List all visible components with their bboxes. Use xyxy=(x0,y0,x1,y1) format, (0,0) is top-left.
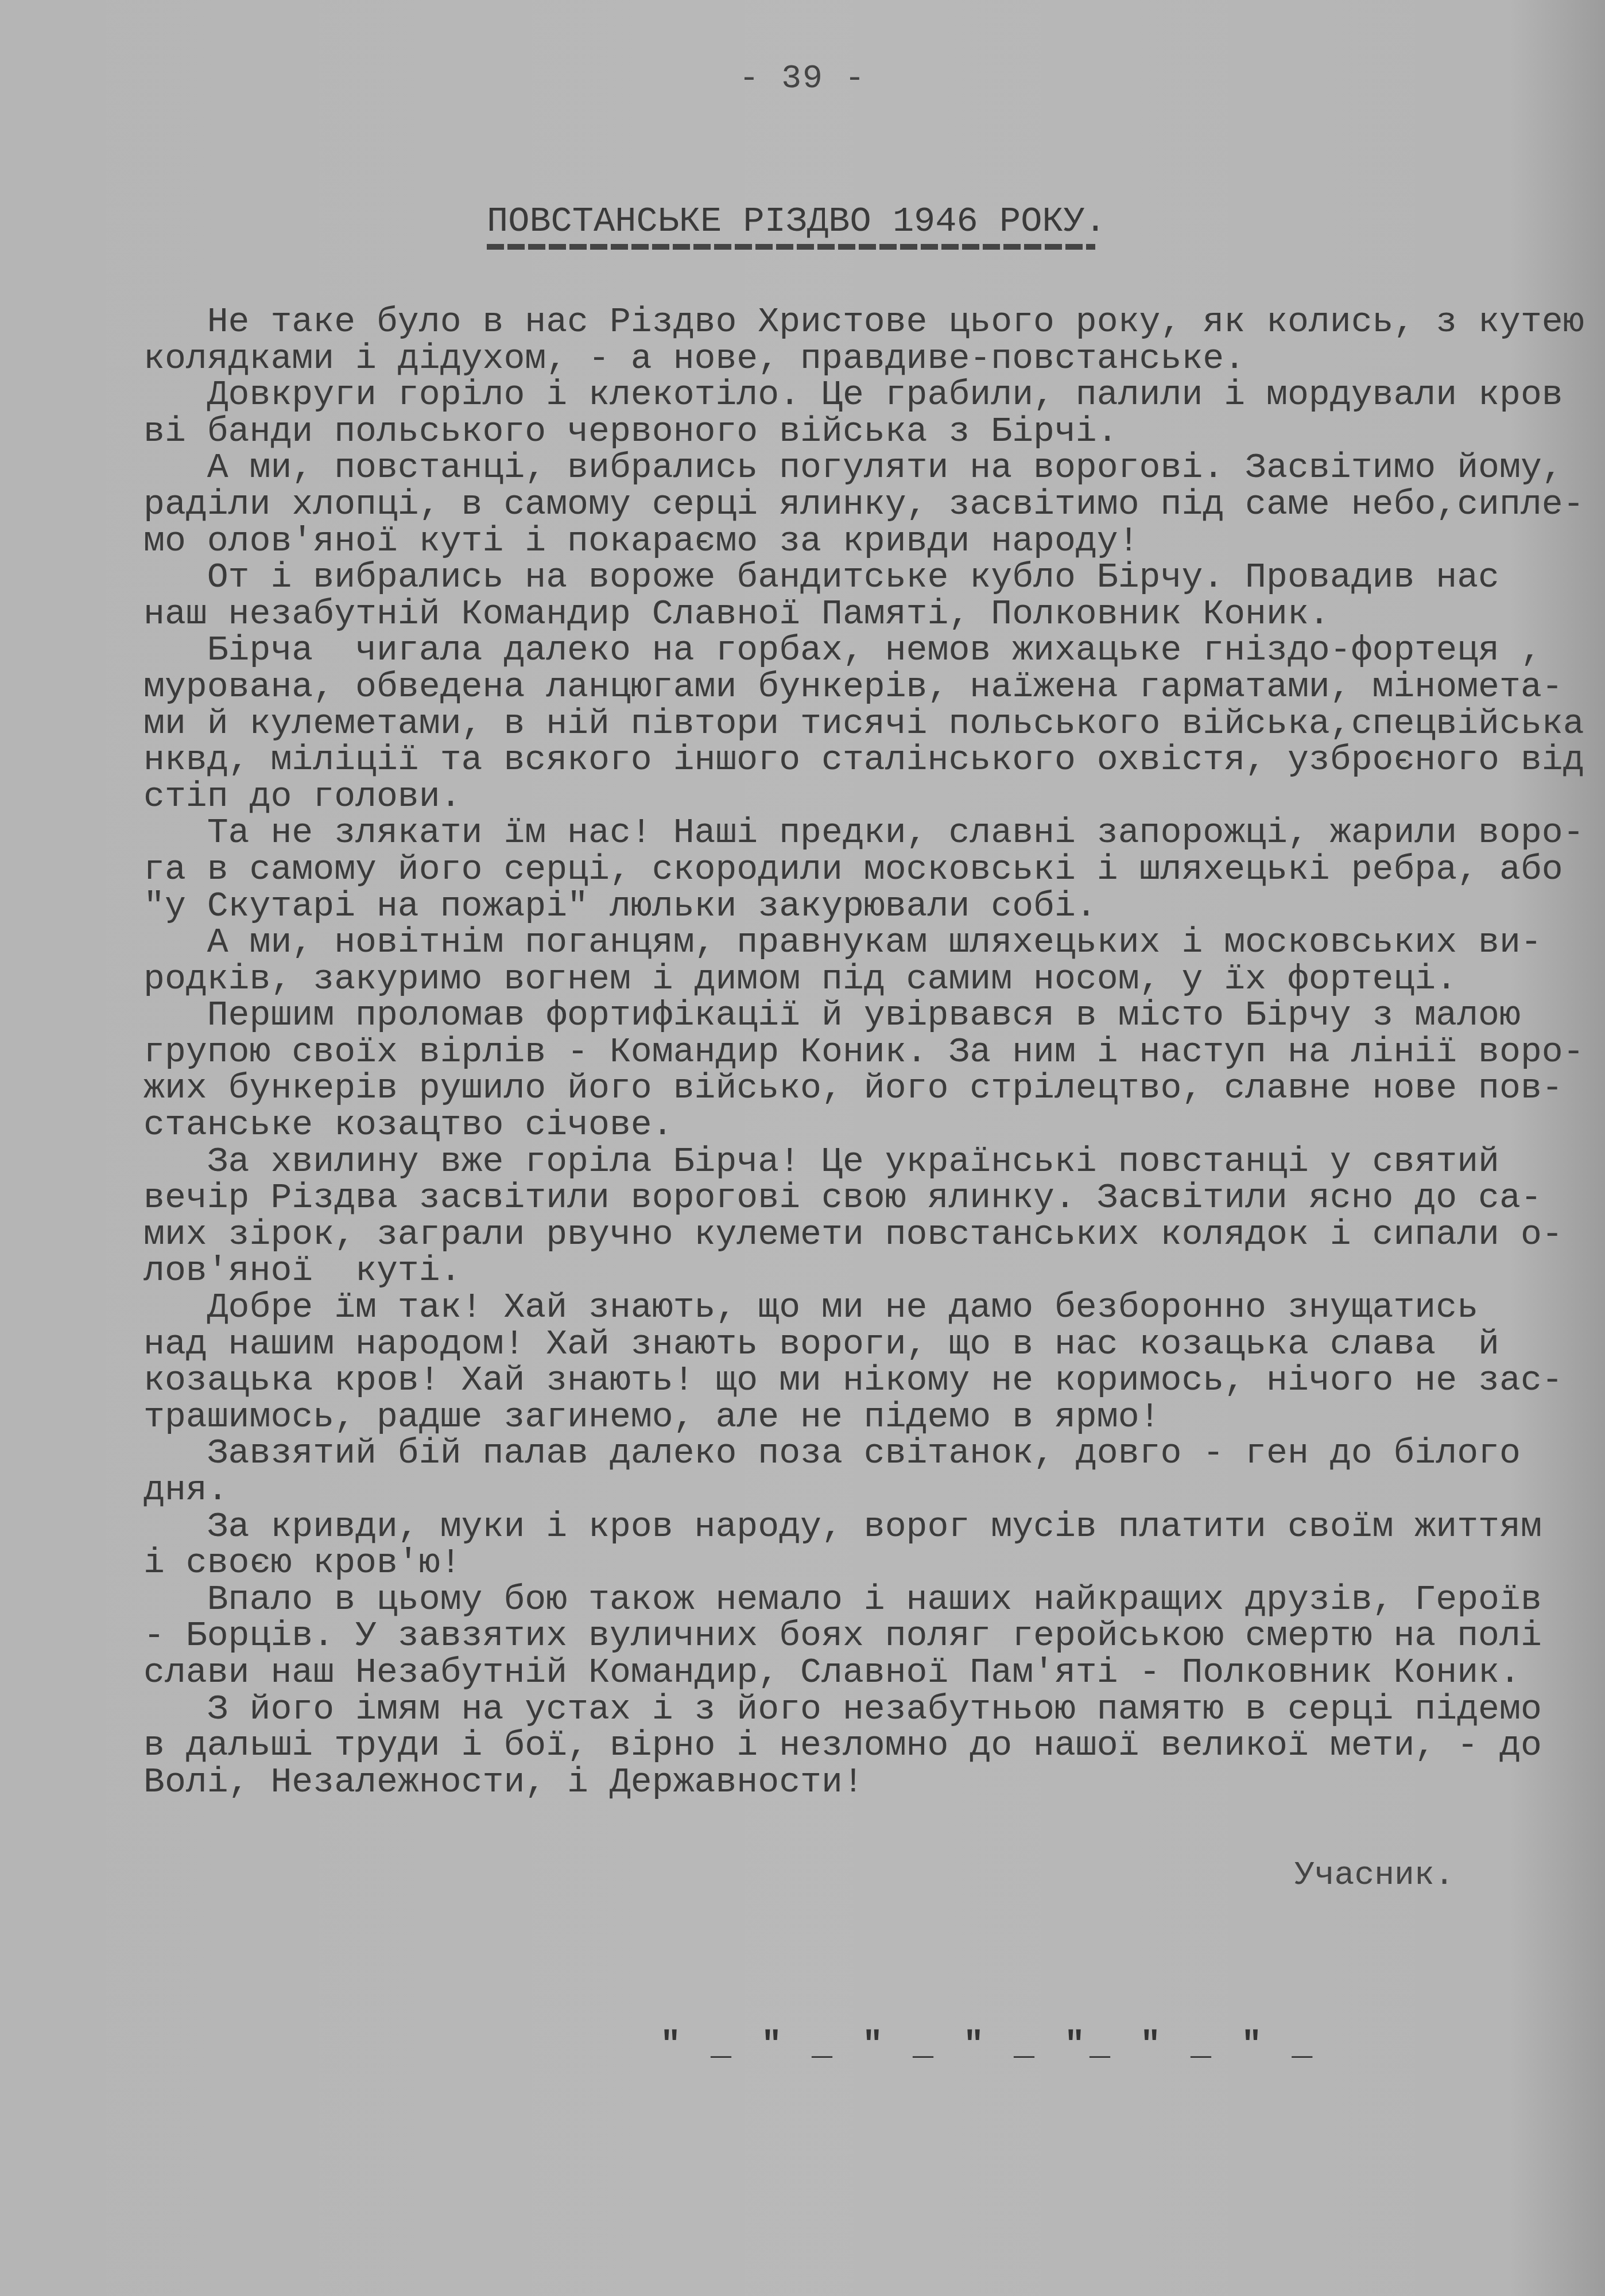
page-title: ПОВСТАНСЬКЕ РІЗДВО 1946 РОКУ. xyxy=(487,201,1130,242)
body-line: З його імям на устах і з його незабутньо… xyxy=(144,1692,1556,1728)
body-line: От і вибрались на вороже бандитське кубл… xyxy=(144,560,1556,596)
title-underline xyxy=(487,244,1095,250)
body-line: За хвилину вже горіла Бірча! Це українсь… xyxy=(144,1144,1556,1181)
body-line: слави наш Незабутній Командир, Славної П… xyxy=(144,1655,1556,1692)
end-ornament: " _ " _ " _ " _ "_ " _ " _ xyxy=(660,2026,1317,2065)
body-line: раділи хлопці, в самому серці ялинку, за… xyxy=(144,487,1556,523)
body-line: ві банди польського червоного війська з … xyxy=(144,414,1556,451)
body-line: станське козацтво січове. xyxy=(144,1107,1556,1144)
body-line: Та не злякати їм нас! Наші предки, славн… xyxy=(144,815,1556,852)
body-line: і своєю кров'ю! xyxy=(144,1545,1556,1582)
page-number: - 39 - xyxy=(0,60,1605,98)
body-line: вечір Різдва засвітили ворогові свою яли… xyxy=(144,1180,1556,1217)
body-line: Впало в цьому бою також немало і наших н… xyxy=(144,1582,1556,1619)
body-line: дня. xyxy=(144,1472,1556,1509)
body-line: над нашим народом! Хай знають вороги, що… xyxy=(144,1327,1556,1363)
body-line: стіп до голови. xyxy=(144,779,1556,816)
author-signature: Учасник. xyxy=(1294,1857,1454,1894)
body-line: Не таке було в нас Різдво Христове цього… xyxy=(144,304,1556,341)
body-line: мурована, обведена ланцюгами бункерів, н… xyxy=(144,669,1556,706)
body-line: А ми, повстанці, вибрались погуляти на в… xyxy=(144,450,1556,487)
body-line: нквд, міліції та всякого іншого сталінсь… xyxy=(144,742,1556,779)
body-line: колядками і дідухом, - а нове, правдиве-… xyxy=(144,341,1556,378)
title-block: ПОВСТАНСЬКЕ РІЗДВО 1946 РОКУ. xyxy=(487,201,1130,250)
body-line: А ми, новітнім поганцям, правнукам шляхе… xyxy=(144,925,1556,961)
body-line: Бірча чигала далеко на горбах, немов жих… xyxy=(144,633,1556,669)
body-line: "у Скутарі на пожарі" люльки закурювали … xyxy=(144,889,1556,925)
body-line: мо олов'яної куті і покараємо за кривди … xyxy=(144,523,1556,560)
body-line: групою своїх вірлів - Командир Коник. За… xyxy=(144,1034,1556,1071)
body-line: мих зірок, заграли рвучно кулемети повст… xyxy=(144,1217,1556,1254)
body-line: козацька кров! Хай знають! що ми нікому … xyxy=(144,1363,1556,1399)
body-line: лов'яної куті. xyxy=(144,1253,1556,1290)
body-line: трашимось, радше загинемо, але не підемо… xyxy=(144,1399,1556,1436)
body-line: Першим проломав фортифікації й увірвався… xyxy=(144,998,1556,1034)
body-line: родків, закуримо вогнем і димом під сами… xyxy=(144,961,1556,998)
body-line: в дальші труди і бої, вірно і незломно д… xyxy=(144,1728,1556,1764)
body-line: Завзятий бій палав далеко поза світанок,… xyxy=(144,1436,1556,1472)
body-line: Довкруги горіло і клекотіло. Це грабили,… xyxy=(144,377,1556,414)
body-line: наш незабутній Командир Славної Памяті, … xyxy=(144,596,1556,633)
article-body: Не таке було в нас Різдво Христове цього… xyxy=(144,304,1556,1801)
body-line: Волі, Незалежности, і Державности! xyxy=(144,1764,1556,1801)
body-line: - Борців. У завзятих вуличних боях поляг… xyxy=(144,1618,1556,1655)
body-line: жих бункерів рушило його військо, його с… xyxy=(144,1071,1556,1107)
body-line: ми й кулеметами, в ній півтори тисячі по… xyxy=(144,706,1556,743)
body-line: га в самому його серці, скородили москов… xyxy=(144,852,1556,889)
body-line: Добре їм так! Хай знають, що ми не дамо … xyxy=(144,1290,1556,1327)
body-line: За кривди, муки і кров народу, ворог мус… xyxy=(144,1509,1556,1546)
